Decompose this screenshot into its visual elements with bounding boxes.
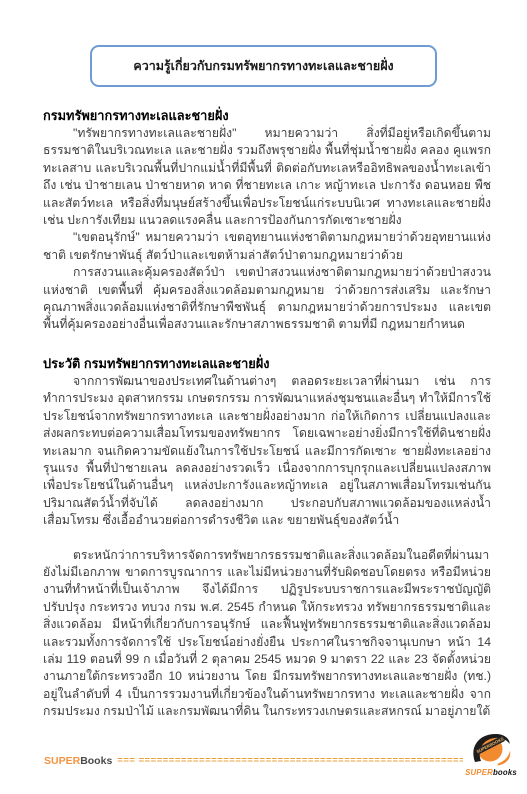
page-title: ความรู้เกี่ยวกับกรมทรัพยากรทางทะเลและชาย… [90, 45, 437, 87]
footer-brand: SUPERBooks [44, 755, 112, 767]
section-heading-department: กรมทรัพยากรทางทะเลและชายฝั่ง [43, 107, 491, 125]
document-body: กรมทรัพยากรทางทะเลและชายฝั่ง "ทรัพยากรทา… [43, 107, 491, 721]
footer-brand-super: SUPER [44, 755, 80, 767]
footer-brand-books: Books [80, 755, 112, 767]
logo-text-super: SUPER [465, 768, 493, 777]
section-heading-history: ประวัติ กรมทรัพยากรทางทะเลและชายฝั่ง [43, 355, 491, 373]
paragraph-definition-conservation-zone: "เขตอนุรักษ์" หมายความว่า เขตอุทยานแห่งช… [43, 229, 491, 264]
publisher-logo-text: SUPERbooks [462, 768, 520, 777]
page-footer: SUPERBooks === =========================… [44, 754, 463, 768]
paragraph-wildlife-protection: การสงวนและคุ้มครองสัตว์ป่า เขตป่าสงวนแห่… [43, 264, 491, 334]
paragraph-definition-marine-resources: "ทรัพยากรทางทะเลและชายฝั่ง" หมายความว่า … [43, 125, 491, 229]
paragraph-history-reform: ตระหนักว่าการบริหารจัดการทรัพยากรธรรมชาต… [43, 547, 491, 721]
footer-divider-dashes: === ====================================… [117, 756, 463, 766]
publisher-logo: SUPERBOOKS SUPERbooks [462, 730, 520, 777]
document-page: ความรู้เกี่ยวกับกรมทรัพยากรทางทะเลและชาย… [0, 0, 527, 794]
logo-text-books: books [493, 768, 517, 777]
superbooks-swoosh-icon: SUPERBOOKS [468, 730, 514, 770]
paragraph-history-development: จากการพัฒนาของประเทศในด้านต่างๆ ตลอดระยะ… [43, 373, 491, 530]
